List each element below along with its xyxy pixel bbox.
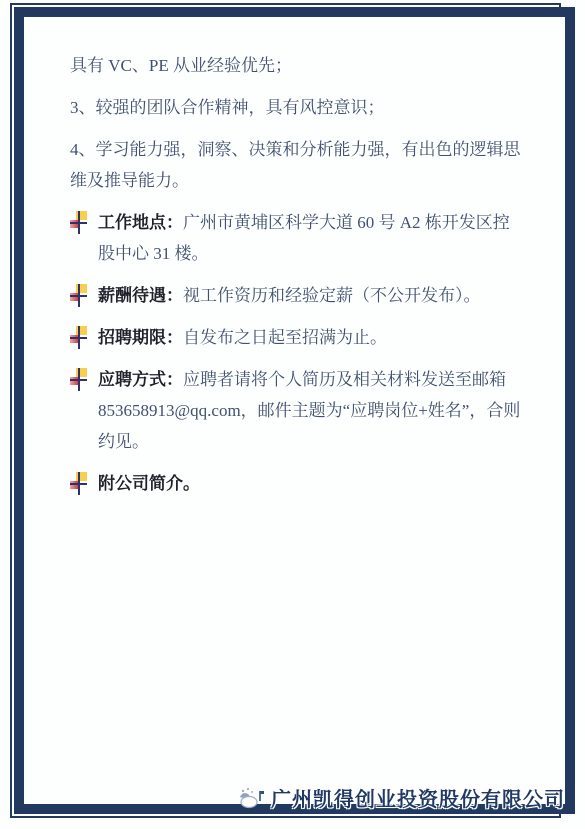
bullet-text: 应聘方式：应聘者请将个人简历及相关材料发送至邮箱 853658913@qq.co… xyxy=(98,364,522,457)
paragraph-item-4: 4、学习能力强，洞察、决策和分析能力强，有出色的逻辑思维及推导能力。 xyxy=(70,134,522,196)
paragraph-experience: 具有 VC、PE 从业经验优先； xyxy=(70,50,522,81)
bullet-value: 视工作资历和经验定薪（不公开发布）。 xyxy=(183,286,481,305)
bullet-item-company-intro: 附公司简介。 xyxy=(70,468,522,499)
bullet-item-work-location: 工作地点：广州市黄埔区科学大道 60 号 A2 栋开发区控股中心 31 楼。 xyxy=(70,207,522,269)
pushpin-bullet-icon xyxy=(70,211,90,235)
bullet-label: 工作地点： xyxy=(98,213,183,232)
bullet-text: 薪酬待遇：视工作资历和经验定薪（不公开发布）。 xyxy=(98,280,522,311)
bullet-text: 工作地点：广州市黄埔区科学大道 60 号 A2 栋开发区控股中心 31 楼。 xyxy=(98,207,522,269)
document-page: 具有 VC、PE 从业经验优先； 3、较强的团队合作精神，具有风控意识； 4、学… xyxy=(0,0,585,829)
bullet-text: 附公司简介。 xyxy=(98,468,522,499)
bullet-text: 招聘期限：自发布之日起至招满为止。 xyxy=(98,322,522,353)
bullet-label: 薪酬待遇： xyxy=(98,286,183,305)
bullet-value: 自发布之日起至招满为止。 xyxy=(183,328,387,347)
bullet-label: 应聘方式： xyxy=(98,370,183,389)
bullet-item-salary: 薪酬待遇：视工作资历和经验定薪（不公开发布）。 xyxy=(70,280,522,311)
pushpin-bullet-icon xyxy=(70,284,90,308)
pushpin-bullet-icon xyxy=(70,368,90,392)
document-content: 具有 VC、PE 从业经验优先； 3、较强的团队合作精神，具有风控意识； 4、学… xyxy=(70,50,522,510)
company-logo-icon xyxy=(236,785,266,811)
company-watermark: 广州凯得创业投资股份有限公司 xyxy=(236,783,565,812)
pushpin-bullet-icon xyxy=(70,326,90,350)
pushpin-bullet-icon xyxy=(70,472,90,496)
company-name: 广州凯得创业投资股份有限公司 xyxy=(271,783,565,812)
paragraph-item-3: 3、较强的团队合作精神，具有风控意识； xyxy=(70,92,522,123)
bullet-label: 附公司简介。 xyxy=(98,474,200,493)
bullet-item-recruit-period: 招聘期限：自发布之日起至招满为止。 xyxy=(70,322,522,353)
bullet-item-apply-method: 应聘方式：应聘者请将个人简历及相关材料发送至邮箱 853658913@qq.co… xyxy=(70,364,522,457)
bullet-label: 招聘期限： xyxy=(98,328,183,347)
